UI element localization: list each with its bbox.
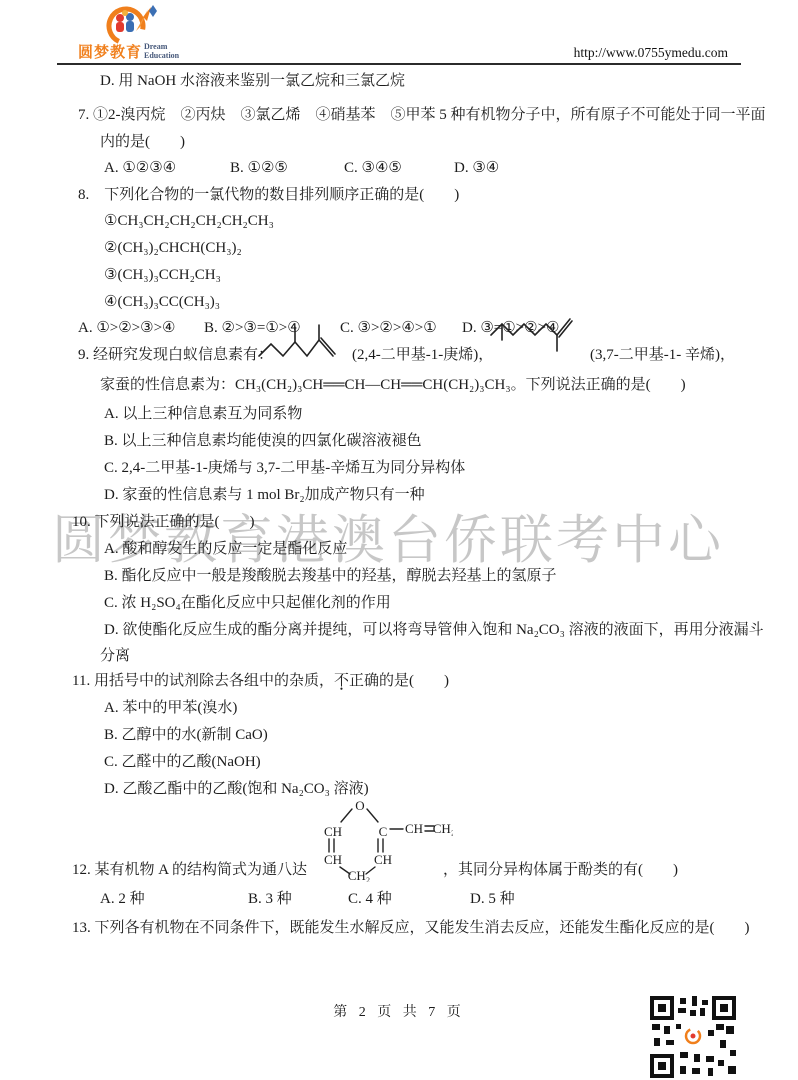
q12-option-d: D. 5 种 bbox=[470, 890, 515, 908]
q7-option-a: A. ①②③④ bbox=[104, 159, 176, 177]
q10-option-b: B. 酯化反应中一般是羧酸脱去羧基中的羟基，醇脱去羟基上的氢原子 bbox=[104, 567, 557, 585]
q10-option-c: C. 浓 H₂SO₄在酯化反应中只起催化剂的作用 bbox=[104, 594, 391, 612]
q7-stem-line1: 7. ①2-溴丙烷 ②丙炔 ③氯乙烯 ④硝基苯 ⑤甲苯 5 种有机物分子中，所有… bbox=[78, 106, 766, 124]
skeletal-structure-2-4-dimethyl-1-heptene bbox=[256, 320, 348, 366]
q10-stem: 10. 下列说法正确的是( ) bbox=[72, 513, 255, 531]
q9-option-b: B. 以上三种信息素均能使溴的四氯化碳溶液褪色 bbox=[104, 432, 422, 450]
q11-stem: 11. 用括号中的试剂除去各组中的杂质，不正确的是( ) bbox=[72, 672, 449, 690]
q9-option-c: C. 2,4-二甲基-1-庚烯与 3,7-二甲基-辛烯互为同分异构体 bbox=[104, 459, 465, 477]
q11-stem-emphasized-char: 不 bbox=[334, 673, 349, 689]
q10-option-a: A. 酸和醇发生的反应一定是酯化反应 bbox=[104, 540, 347, 558]
ring-atom-upper-left: CH bbox=[324, 824, 342, 839]
watermark-text: 圆梦教育港澳台侨联考中心 bbox=[52, 498, 752, 574]
q10-option-d-line2: 分离 bbox=[100, 647, 130, 665]
structural-formula-2-vinyl-pyran-ring: O CH C CH CH CH₂ CH CH₂ bbox=[303, 792, 453, 882]
q8-formula-3: ③(CH₃)₃CCH₂CH₃ bbox=[104, 266, 221, 284]
q9-option-a: A. 以上三种信息素互为同系物 bbox=[104, 405, 302, 423]
q9-stem-prefix: 9. 经研究发现白蚁信息素有： bbox=[78, 346, 273, 364]
q11-option-a: A. 苯中的甲苯(溴水) bbox=[104, 699, 237, 717]
logo-diamond-icon bbox=[149, 5, 157, 17]
q8-option-a: A. ①>②>③>④ bbox=[78, 319, 176, 337]
q7-option-c: C. ③④⑤ bbox=[344, 159, 402, 177]
q7-option-b: B. ①②⑤ bbox=[230, 159, 288, 177]
skeletal-structure-3-7-dimethyl-1-octene bbox=[486, 308, 588, 362]
q11-stem-post: 正确的是( ) bbox=[349, 673, 449, 689]
q10-option-d: D. 欲使酯化反应生成的酯分离并提纯，可以将弯导管伸入饱和 Na₂CO₃ 溶液的… bbox=[104, 621, 764, 639]
logo-english-line1: Dream bbox=[144, 42, 179, 51]
q11-stem-pre: 11. 用括号中的试剂除去各组中的杂质， bbox=[72, 673, 334, 689]
ring-atom-lower-right: CH bbox=[374, 852, 392, 867]
logo-english-name: Dream Education bbox=[144, 42, 179, 60]
q8-formula-2: ②(CH₃)₂CHCH(CH₃)₂ bbox=[104, 239, 242, 257]
ring-atom-bottom: CH₂ bbox=[348, 868, 371, 882]
side-chain-ch: CH bbox=[405, 821, 423, 836]
header-rule bbox=[57, 63, 741, 65]
q9-struct2-name: (3,7-二甲基-1- 辛烯)， bbox=[590, 346, 735, 364]
qr-code bbox=[650, 996, 736, 1078]
logo-chinese-name: 圆梦教育 bbox=[78, 41, 142, 62]
q9-option-d: D. 家蚕的性信息素与 1 mol Br₂加成产物只有一种 bbox=[104, 486, 425, 504]
q12-option-b: B. 3 种 bbox=[248, 890, 292, 908]
q11-option-c: C. 乙醛中的乙酸(NaOH) bbox=[104, 753, 261, 771]
exam-page: 圆梦教育港澳台侨联考中心 圆梦教育 Dream Education http:/… bbox=[0, 0, 798, 1080]
q8-option-c: C. ③>②>④>① bbox=[340, 319, 437, 337]
q9-stem-line2: 家蚕的性信息素为：CH₃(CH₂)₃CH══CH—CH══CH(CH₂)₃CH₃… bbox=[100, 376, 686, 394]
ring-atom-lower-left: CH bbox=[324, 852, 342, 867]
prev-question-option-d: D. 用 NaOH 水溶液来鉴别一氯乙烷和三氯乙烷 bbox=[100, 72, 405, 90]
q12-stem-pre: 12. 某有机物 A 的结构简式为通八达 bbox=[72, 861, 307, 879]
q7-option-d: D. ③④ bbox=[454, 159, 499, 177]
q11-option-b: B. 乙醇中的水(新制 CaO) bbox=[104, 726, 268, 744]
q9-struct1-name: (2,4-二甲基-1-庚烯)， bbox=[352, 346, 493, 364]
q7-stem-line2: 内的是( ) bbox=[100, 133, 185, 151]
q12-option-a: A. 2 种 bbox=[100, 890, 145, 908]
ring-atom-oxygen: O bbox=[355, 798, 364, 813]
q13-stem: 13. 下列各有机物在不同条件下，既能发生水解反应，又能发生消去反应，还能发生酯… bbox=[72, 919, 750, 937]
q8-formula-4: ④(CH₃)₃CC(CH₃)₃ bbox=[104, 293, 220, 311]
q8-stem: 8. 下列化合物的一氯代物的数目排列顺序正确的是( ) bbox=[78, 186, 459, 204]
side-chain-ch2: CH₂ bbox=[433, 821, 453, 836]
q8-formula-1: ①CH₃CH₂CH₂CH₂CH₂CH₃ bbox=[104, 212, 274, 230]
ring-atom-upper-right: C bbox=[379, 824, 388, 839]
q12-option-c: C. 4 种 bbox=[348, 890, 392, 908]
header-url: http://www.0755ymedu.com bbox=[574, 45, 728, 61]
q12-stem-post: ，其同分异构体属于酚类的有( ) bbox=[443, 861, 678, 879]
logo-english-line2: Education bbox=[144, 51, 179, 60]
